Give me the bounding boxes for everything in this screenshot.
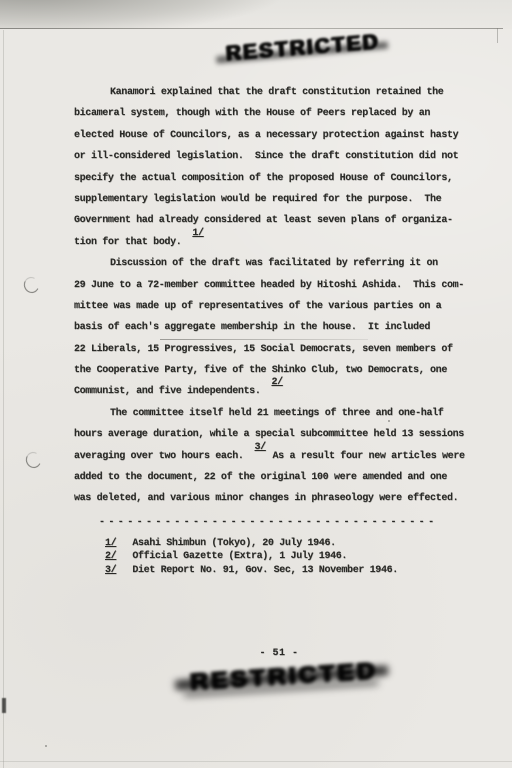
text-line: added to the document, 22 of the origina… [74,467,462,488]
text-line: or ill-considered legislation. Since the… [74,146,462,167]
scan-underline-artifact [160,339,368,340]
text-line-segment: basis of each's aggregate membership in … [74,322,430,333]
text-line: bicameral system, though with the House … [74,103,462,124]
text-line: specify the actual composition of the pr… [74,168,462,189]
text-line-segment: As a result four new articles were [267,451,465,462]
scan-top-rule-step [497,28,498,43]
text-line: the Cooperative Party, five of the Shink… [74,360,462,381]
footnote-ref: 2/ [271,372,282,393]
text-line-segment: elected House of Councilors, as a necess… [74,130,458,141]
footnote-row: 3/Diet Report No. 91, Gov. Sec, 13 Novem… [105,564,465,577]
text-line: was deleted, and various minor changes i… [74,488,462,509]
text-line-segment: supplementary legislation would be requi… [74,194,441,205]
scan-top-rule [0,28,503,29]
text-line: hours average duration, while a special … [74,424,462,445]
document-body: Kanamori explained that the draft consti… [74,82,462,510]
footnote-text: Asahi Shimbun (Tokyo), 20 July 1946. [132,538,335,549]
text-line-segment: was deleted, and various minor changes i… [74,493,458,504]
footnote-separator-dashes: - - - - - - - - - - - - - - - - - - - - … [99,517,469,528]
footnote-row: 1/Asahi Shimbun (Tokyo), 20 July 1946. [105,537,465,550]
text-line: mittee was made up of representatives of… [74,296,462,317]
footnote-marker: 1/ [105,538,116,549]
text-line: supplementary legislation would be requi… [74,189,462,210]
margin-pen-mark [24,450,43,470]
text-line-segment: The committee itself held 21 meetings of… [110,408,443,419]
restricted-stamp-bottom: RESTRICTED [189,657,378,694]
text-line-segment: Kanamori explained that the draft consti… [110,87,443,98]
text-line-segment: averaging over two hours each. [74,451,244,462]
footnote-ref: 3/ [255,437,266,458]
scan-left-edge-line [3,30,4,768]
text-line-segment: specify the actual composition of the pr… [74,173,453,184]
scan-top-edge-smudge [0,0,512,29]
text-line-segment: Discussion of the draft was facilitated … [110,258,438,269]
text-line-segment: mittee was made up of representatives of… [74,301,441,312]
footnote-text: Diet Report No. 91, Gov. Sec, 13 Novembe… [132,565,398,576]
page-number: - 51 - [247,648,311,659]
text-line-segment: added to the document, 22 of the origina… [74,472,447,483]
scan-speck [45,745,47,747]
text-line-segment: the Cooperative Party, five of the Shink… [74,365,447,376]
text-line: The committee itself held 21 meetings of… [74,403,462,424]
restricted-stamp-top: RESTRICTED [225,30,381,66]
text-line: Discussion of the draft was facilitated … [74,253,462,274]
text-line-segment: Communist, and five independents. [74,386,260,397]
scan-bottom-line [0,761,512,762]
footnote-ref: 1/ [192,223,203,244]
footnote-marker: 3/ [105,565,116,576]
text-line-segment: bicameral system, though with the House … [74,108,430,119]
footnote-text: Official Gazette (Extra), 1 July 1946. [132,551,347,562]
text-line-segment: tion for that body. [74,237,181,248]
text-line: averaging over two hours each.3/ As a re… [74,446,462,467]
text-line: tion for that body.1/ [74,232,462,253]
text-line: 22 Liberals, 15 Progressives, 15 Social … [74,339,462,360]
text-line: 29 June to a 72-member committee headed … [74,275,462,296]
scan-speck [388,420,390,422]
text-line-segment: 29 June to a 72-member committee headed … [74,280,464,291]
text-line: basis of each's aggregate membership in … [74,317,462,338]
footnotes: 1/Asahi Shimbun (Tokyo), 20 July 1946.2/… [105,537,465,577]
text-line: Kanamori explained that the draft consti… [74,82,462,103]
text-line-segment: 22 Liberals, 15 Progressives, 15 Social … [74,344,453,355]
footnote-row: 2/Official Gazette (Extra), 1 July 1946. [105,550,465,563]
scan-edge-mark [2,698,6,713]
text-line: Government had already considered at lea… [74,210,462,231]
margin-pen-mark [22,275,41,295]
text-line-segment: Government had already considered at lea… [74,215,453,226]
footnote-marker: 2/ [105,551,116,562]
text-line: Communist, and five independents.2/ [74,381,462,402]
text-line-segment: or ill-considered legislation. Since the… [74,151,458,162]
text-line: elected House of Councilors, as a necess… [74,125,462,146]
document-page: RESTRICTED Kanamori explained that the d… [0,0,512,768]
text-line-segment: hours average duration, while a special … [74,429,464,440]
